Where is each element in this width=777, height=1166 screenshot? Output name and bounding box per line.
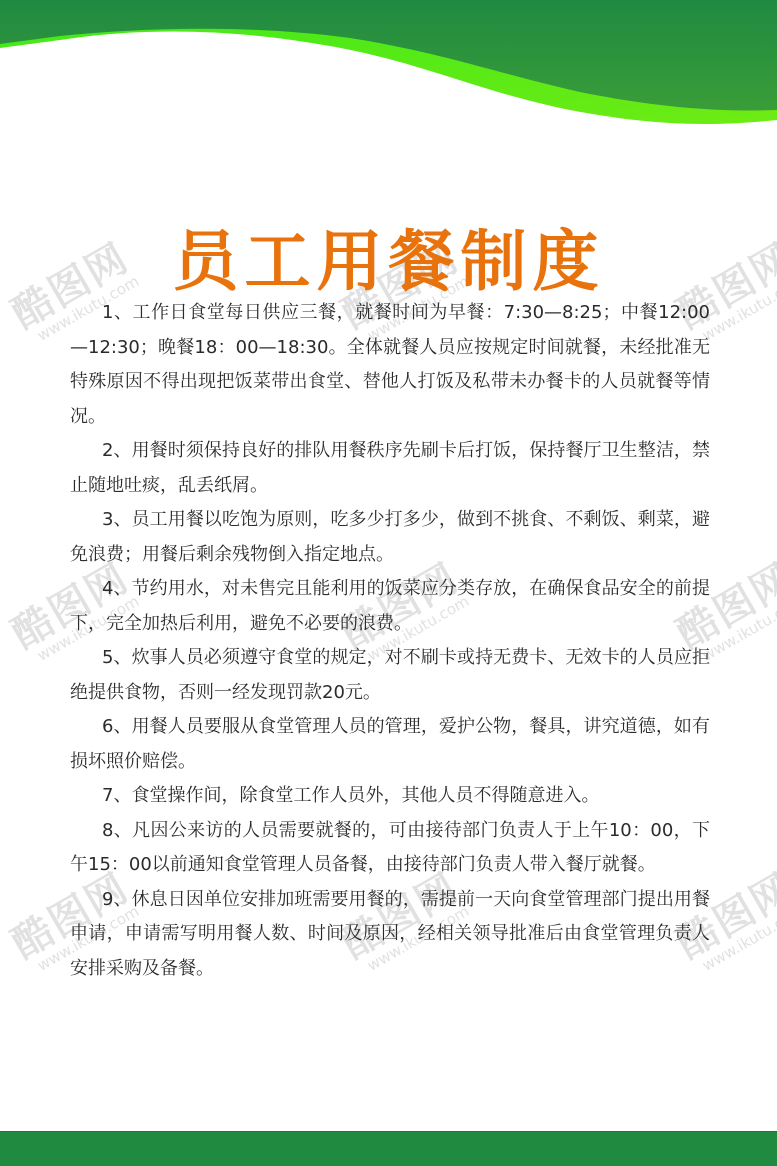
footer-bar bbox=[0, 1131, 777, 1166]
rule-item: 7、食堂操作间，除食堂工作人员外，其他人员不得随意进入。 bbox=[70, 779, 710, 814]
rule-item: 1、工作日食堂每日供应三餐，就餐时间为早餐：7:30—8:25；中餐12:00—… bbox=[70, 296, 710, 434]
rule-item: 3、员工用餐以吃饱为原则，吃多少打多少，做到不挑食、不剩饭、剩菜，避免浪费；用餐… bbox=[70, 503, 710, 572]
rule-item: 9、休息日因单位安排加班需要用餐的，需提前一天向食堂管理部门提出用餐申请，申请需… bbox=[70, 883, 710, 987]
rule-item: 2、用餐时须保持良好的排队用餐秩序先刷卡后打饭，保持餐厅卫生整洁，禁止随地吐痰，… bbox=[70, 434, 710, 503]
rule-item: 8、凡因公来访的人员需要就餐的，可由接待部门负责人于上午10：00，下午15：0… bbox=[70, 814, 710, 883]
watermark-url: www.ikutu.com bbox=[699, 591, 777, 665]
rule-item: 6、用餐人员要服从食堂管理人员的管理，爱护公物，餐具，讲究道德，如有损坏照价赔偿… bbox=[70, 710, 710, 779]
rules-list: 1、工作日食堂每日供应三餐，就餐时间为早餐：7:30—8:25；中餐12:00—… bbox=[70, 296, 710, 986]
rule-item: 4、节约用水，对未售完且能利用的饭菜应分类存放，在确保食品安全的前提下，完全加热… bbox=[70, 572, 710, 641]
header-wave-decoration bbox=[0, 0, 777, 130]
rule-item: 5、炊事人员必须遵守食堂的规定，对不刷卡或持无费卡、无效卡的人员应拒绝提供食物，… bbox=[70, 641, 710, 710]
watermark-url: www.ikutu.com bbox=[699, 901, 777, 975]
page-title: 员工用餐制度 bbox=[0, 222, 777, 302]
